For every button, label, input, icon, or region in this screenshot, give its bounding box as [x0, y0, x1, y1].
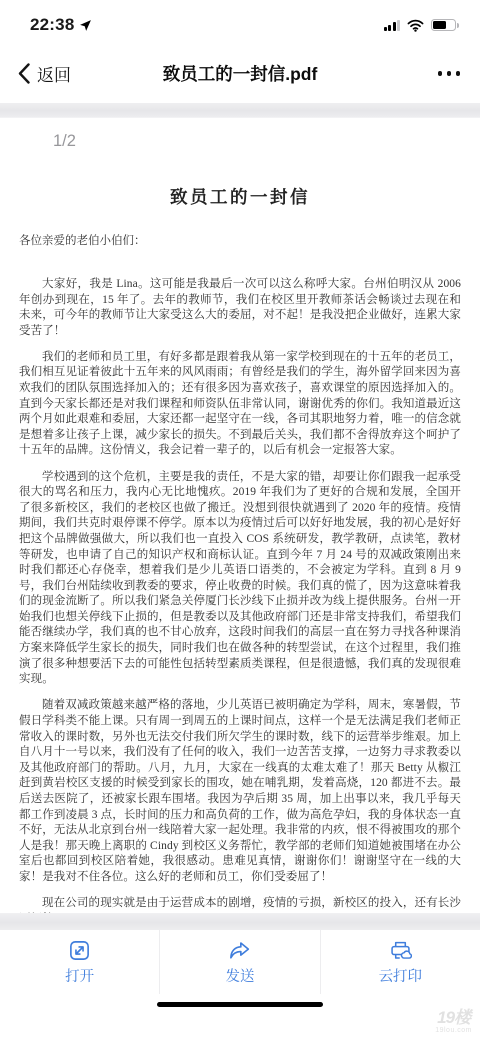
send-label: 发送	[225, 965, 254, 986]
pdf-viewer-screen: 22:38 返回 致员工的一封信.pdf	[0, 0, 480, 1038]
status-bar: 22:38	[0, 0, 480, 44]
document-title: 致员工的一封信.pdf	[163, 61, 318, 86]
status-indicators	[384, 19, 457, 32]
page-indicator: 1/2	[19, 132, 461, 152]
page-bottom-separator	[0, 913, 480, 930]
bottom-toolbar: 打开 发送 云打印	[0, 930, 480, 994]
site-watermark: 19楼 19lou.com	[435, 1009, 472, 1034]
cellular-signal-icon	[384, 20, 401, 31]
cloud-print-label: 云打印	[379, 965, 423, 986]
more-options-button[interactable]	[436, 63, 463, 84]
send-button[interactable]: 发送	[159, 930, 319, 994]
letter-paragraph: 我们的老师和员工里，有好多都是跟着我从第一家学校到现在的十五年的老员工，我们相互…	[19, 350, 461, 459]
nav-bar: 返回 致员工的一封信.pdf	[0, 44, 480, 103]
battery-icon	[431, 19, 456, 31]
pdf-page[interactable]: 1/2 致员工的一封信 各位亲爱的老伯小伯们： 大家好，我是 Lina。这可能是…	[0, 118, 480, 913]
letter-paragraph: 大家好，我是 Lina。这可能是我最后一次可以这么称呼大家。台州伯明汉从 200…	[19, 277, 461, 339]
letter-paragraph: 现在公司的现实就是由于运营成本的剧增，疫情的亏损，新校区的投入，还有长沙厦门校	[19, 896, 461, 913]
location-arrow-icon	[79, 19, 92, 32]
letter-paragraph: 学校遇到的这个危机，主要是我的责任，不是大家的错，却要让你们跟我一起承受很大的骂…	[19, 470, 461, 688]
watermark-logo: 19楼	[435, 1009, 472, 1026]
share-arrow-icon	[228, 939, 251, 962]
watermark-url: 19lou.com	[435, 1027, 472, 1034]
cloud-print-button[interactable]: 云打印	[320, 930, 480, 994]
letter-paragraph: 随着双减政策越来越严格的落地，少儿英语已被明确定为学科，周末，寒暑假，节假日学科…	[19, 698, 461, 885]
ellipsis-icon	[438, 71, 443, 76]
wifi-icon	[407, 19, 424, 32]
letter-title: 致员工的一封信	[19, 184, 461, 209]
open-button[interactable]: 打开	[0, 930, 159, 994]
home-area: 19楼 19lou.com	[0, 994, 480, 1038]
expand-icon	[68, 939, 91, 962]
open-label: 打开	[65, 965, 94, 986]
page-top-separator	[0, 103, 480, 118]
back-button[interactable]: 返回	[18, 61, 104, 86]
back-label: 返回	[37, 61, 71, 86]
home-indicator[interactable]	[157, 1002, 323, 1007]
clock: 22:38	[30, 15, 74, 35]
cloud-printer-icon	[389, 939, 412, 962]
letter-salutation: 各位亲爱的老伯小伯们：	[19, 233, 461, 249]
chevron-left-icon	[18, 63, 30, 84]
